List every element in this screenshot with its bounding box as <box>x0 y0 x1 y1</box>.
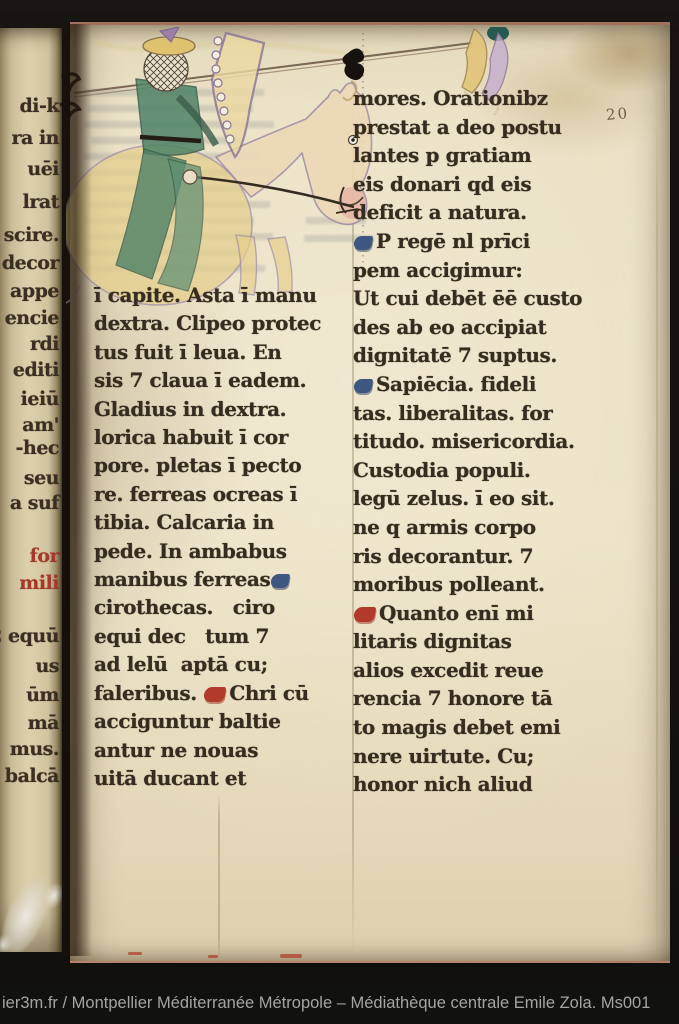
text-column-right: mores. Orationibzprestat a deo postulant… <box>353 84 611 799</box>
manuscript-photo[interactable]: di-kra inuēilratscire.decorappeencierdie… <box>0 0 679 1024</box>
gothic-text: sis 7 claua ī eadem. <box>94 368 306 392</box>
gothic-text: Chri cū <box>229 681 308 705</box>
paraph-mark-blue <box>270 574 290 588</box>
prev-page-text-fragment: rdi <box>30 333 59 355</box>
prev-page-text-fragment: lrat <box>23 191 59 213</box>
gothic-text: Custodia populi. <box>353 458 530 482</box>
text-line: Custodia populi. <box>353 456 611 485</box>
gothic-text: moribus polleant. <box>353 572 545 596</box>
paraph-mark-blue <box>353 379 373 393</box>
text-line: Ut cui debēt ēē custo <box>353 284 611 313</box>
gothic-text: P regē nl prīci <box>376 229 530 253</box>
text-line: pede. In ambabus <box>94 537 342 565</box>
page-recto: 20 <box>70 22 670 963</box>
gothic-text: rencia 7 honore tā <box>353 686 552 710</box>
prev-page-text-fragment: am' <box>22 414 59 436</box>
text-line: deficit a natura. <box>353 198 611 227</box>
prev-page-text-fragment: mili <box>19 572 59 594</box>
gothic-text: eis donari qd eis <box>353 172 531 196</box>
paraph-mark-red <box>353 607 377 622</box>
gothic-text: des ab eo accipiat <box>353 315 546 339</box>
gothic-text: pede. In ambabus <box>94 539 287 563</box>
lower-crease <box>218 793 220 961</box>
gothic-text: to magis debet emi <box>353 715 560 739</box>
text-line: pem accigimur: <box>353 256 611 285</box>
text-line: ne q armis corpo <box>353 513 611 542</box>
text-line: sis 7 claua ī eadem. <box>94 366 342 394</box>
gothic-text: manibus ferreas <box>94 567 270 591</box>
prev-page-text-fragment: uēi <box>27 158 59 180</box>
text-line: honor nich aliud <box>353 770 611 799</box>
gothic-text: dignitatē 7 suptus. <box>353 343 557 367</box>
text-line: litaris dignitas <box>353 627 611 656</box>
text-line: alios excedit reue <box>353 656 611 685</box>
gothic-text: cirothecas. ciro <box>94 595 275 619</box>
text-line: lantes p gratiam <box>353 141 611 170</box>
prev-page-text-fragment: mā <box>28 712 59 734</box>
gothic-text: pem accigimur: <box>353 258 522 282</box>
prev-page-text-fragment: seu <box>24 467 59 489</box>
prev-page-text-fragment: encie <box>5 307 59 329</box>
text-line: ad lelū aptā cu; <box>94 650 342 678</box>
gothic-text: alios excedit reue <box>353 658 543 682</box>
gothic-text: ne q armis corpo <box>353 515 536 539</box>
prev-page-text-fragment: a suf <box>10 492 59 514</box>
text-line: pore. pletas ī pecto <box>94 451 342 479</box>
text-column-left: ī capite. Asta ī manudextra. Clipeo prot… <box>94 281 342 792</box>
text-line: antur ne nouas <box>94 736 342 764</box>
gothic-text: Ut cui debēt ēē custo <box>353 286 582 310</box>
gothic-text: titudo. misericordia. <box>353 429 575 453</box>
text-line: prestat a deo postu <box>353 113 611 142</box>
text-line: nere uirtute. Cu; <box>353 742 611 771</box>
prev-page-text-fragment: scire. <box>4 224 59 246</box>
prev-page-text-fragment: balcā <box>5 765 59 787</box>
gothic-text: deficit a natura. <box>353 200 527 224</box>
text-line: mores. Orationibz <box>353 84 611 113</box>
text-line: titudo. misericordia. <box>353 427 611 456</box>
text-line: acciguntur baltie <box>94 707 342 735</box>
prev-page-edge: di-kra inuēilratscire.decorappeencierdie… <box>0 28 62 952</box>
text-line: des ab eo accipiat <box>353 313 611 342</box>
gothic-text: tus fuit ī leua. En <box>94 340 281 364</box>
gothic-text: litaris dignitas <box>353 629 512 653</box>
text-line: ris decorantur. 7 <box>353 542 611 571</box>
gothic-text: ris decorantur. 7 <box>353 544 533 568</box>
text-line: uitā ducant et <box>94 764 342 792</box>
text-line: dextra. Clipeo protec <box>94 309 342 337</box>
gothic-text: Gladius in dextra. <box>94 397 286 421</box>
paraph-mark-blue <box>353 236 373 250</box>
red-edge-mark <box>208 955 218 958</box>
text-line: manibus ferreas <box>94 565 342 593</box>
text-line: rencia 7 honore tā <box>353 684 611 713</box>
text-line: lorica habuit ī cor <box>94 423 342 451</box>
gothic-text: legū zelus. ī eo sit. <box>353 486 554 510</box>
gothic-text: ī capite. Asta ī manu <box>94 283 316 307</box>
text-line: Quanto enī mi <box>353 599 611 628</box>
gothic-text: tibia. Calcaria in <box>94 510 274 534</box>
text-line: re. ferreas ocreas ī <box>94 480 342 508</box>
gothic-text: Sapiēcia. fideli <box>376 372 536 396</box>
red-edge-mark <box>280 954 302 958</box>
red-edge-mark <box>128 952 142 955</box>
text-line: tus fuit ī leua. En <box>94 338 342 366</box>
text-line: eis donari qd eis <box>353 170 611 199</box>
gothic-text: lorica habuit ī cor <box>94 425 288 449</box>
text-line: moribus polleant. <box>353 570 611 599</box>
text-line: faleribus. Chri cū <box>94 679 342 707</box>
gothic-text: re. ferreas ocreas ī <box>94 482 297 506</box>
text-line: to magis debet emi <box>353 713 611 742</box>
text-line: dignitatē 7 suptus. <box>353 341 611 370</box>
caption-bar: ier3m.fr / Montpellier Méditerranée Métr… <box>0 986 679 1024</box>
text-line: equi dec tum 7 <box>94 622 342 650</box>
text-line: Sapiēcia. fideli <box>353 370 611 399</box>
edge-crease <box>656 105 658 960</box>
parchment-scar <box>0 866 62 952</box>
prev-page-text-fragment: ieiū <box>21 388 59 410</box>
gauntlet <box>183 170 197 184</box>
prev-page-text-fragment: decor <box>2 252 59 274</box>
gothic-text: uitā ducant et <box>94 766 246 790</box>
gothic-text: Quanto enī mi <box>379 601 533 625</box>
prev-page-text-fragment: appe <box>10 280 59 302</box>
gothic-text: pore. pletas ī pecto <box>94 453 301 477</box>
prev-page-text-fragment: 2 equū <box>0 625 59 647</box>
gutter-shadow <box>56 24 92 956</box>
prev-page-text-fragment: ūm <box>26 684 59 706</box>
gothic-text: faleribus. <box>94 681 203 705</box>
text-line: tas. liberalitas. for <box>353 399 611 428</box>
gothic-text: ad lelū aptā cu; <box>94 652 268 676</box>
caption-text: ier3m.fr / Montpellier Méditerranée Métr… <box>2 994 650 1013</box>
text-line: legū zelus. ī eo sit. <box>353 484 611 513</box>
text-line: P regē nl prīci <box>353 227 611 256</box>
paraph-mark-red <box>203 687 227 702</box>
text-line: cirothecas. ciro <box>94 593 342 621</box>
prev-page-text-fragment: mus. <box>10 738 59 760</box>
gothic-text: dextra. Clipeo protec <box>94 311 321 335</box>
prev-page-text-fragment: -hec <box>16 437 59 459</box>
gothic-text: lantes p gratiam <box>353 143 531 167</box>
prev-page-text-fragment: for <box>30 545 59 567</box>
text-line: ī capite. Asta ī manu <box>94 281 342 309</box>
gothic-text: nere uirtute. Cu; <box>353 744 534 768</box>
gothic-text: acciguntur baltie <box>94 709 281 733</box>
prev-page-text-fragment: di-k <box>19 95 59 117</box>
gothic-text: equi dec tum 7 <box>94 624 269 648</box>
gothic-text: mores. Orationibz <box>353 86 548 110</box>
gothic-text: tas. liberalitas. for <box>353 401 552 425</box>
prev-page-text-fragment: ra in <box>12 127 59 149</box>
text-line: tibia. Calcaria in <box>94 508 342 536</box>
gothic-text: antur ne nouas <box>94 738 258 762</box>
prev-page-text-fragment: editi <box>13 359 59 381</box>
gothic-text: honor nich aliud <box>353 772 532 796</box>
gothic-text: prestat a deo postu <box>353 115 562 139</box>
text-line: Gladius in dextra. <box>94 395 342 423</box>
